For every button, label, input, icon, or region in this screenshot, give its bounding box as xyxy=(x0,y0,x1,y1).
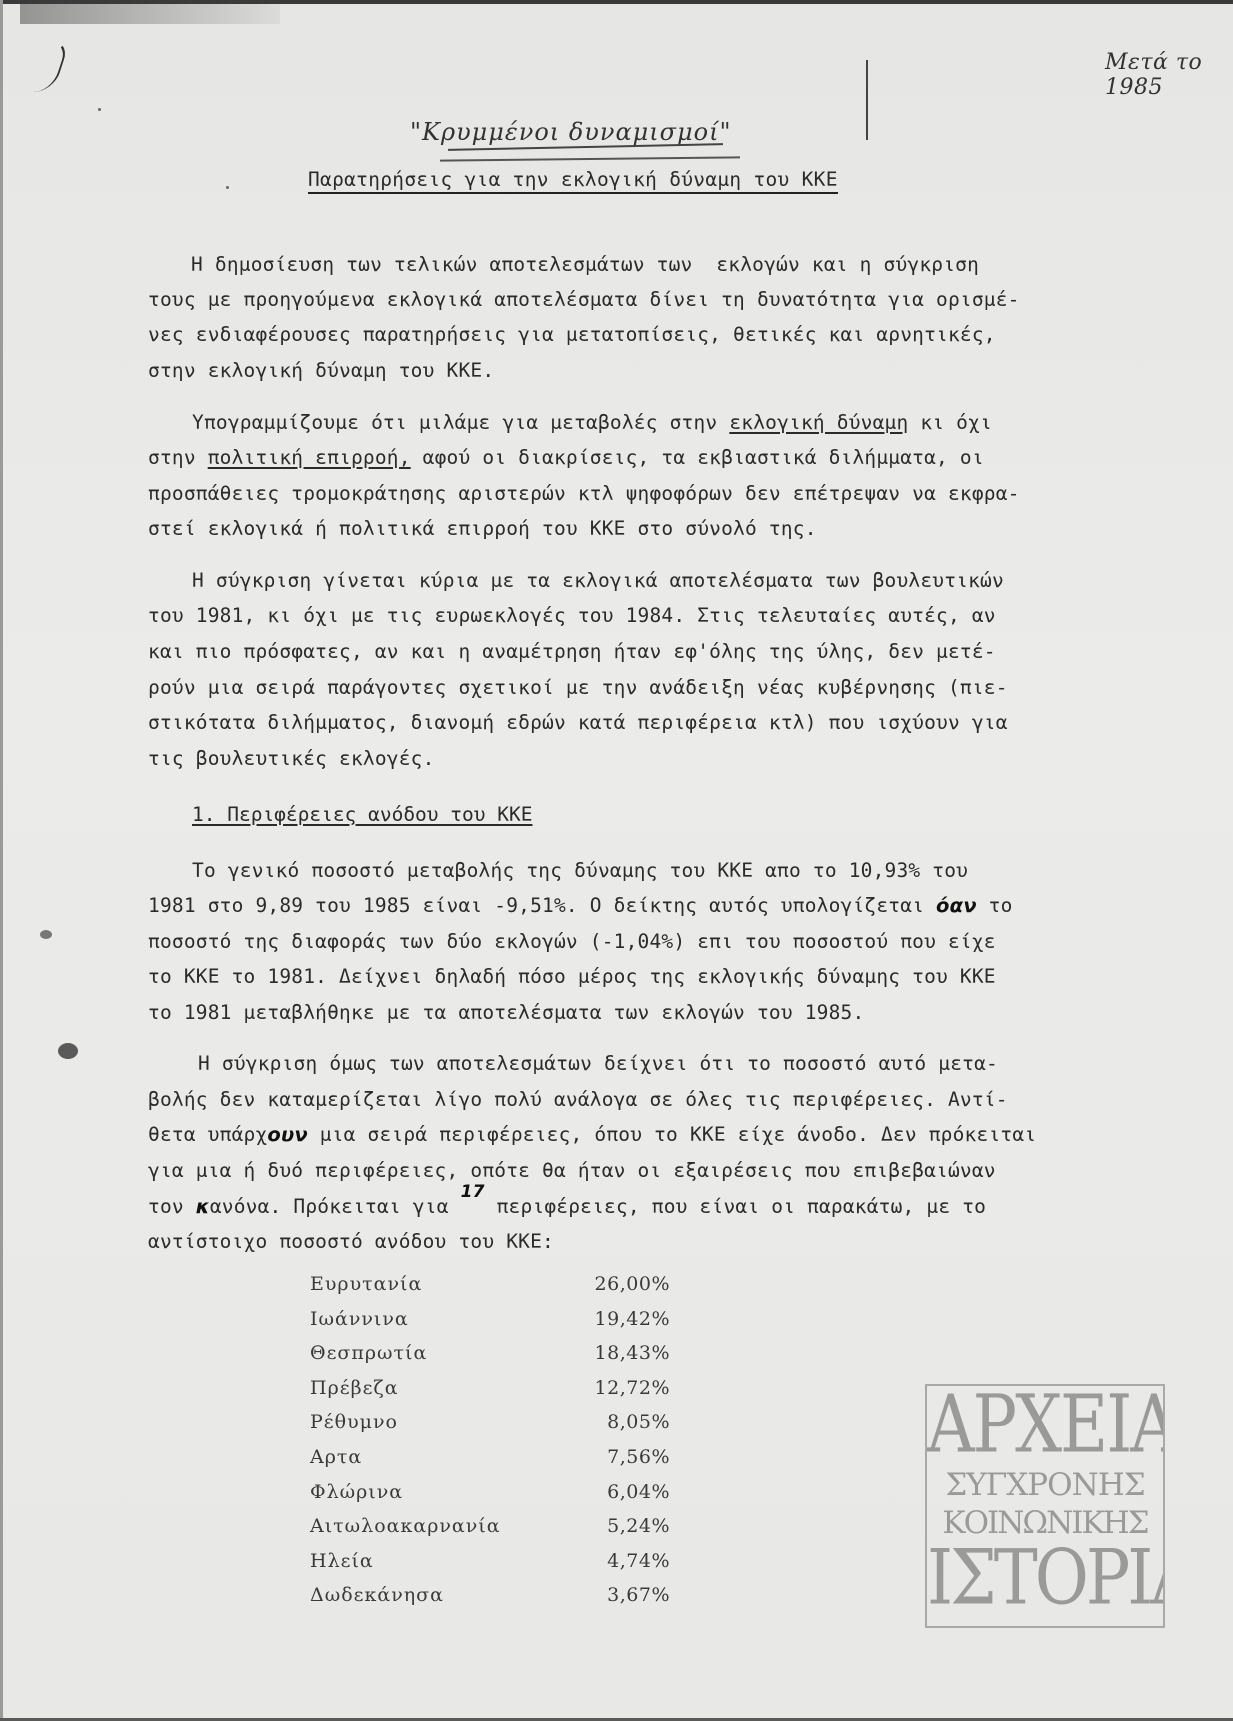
handwritten-correction: όαν xyxy=(936,894,977,917)
handwritten-correction: ουν xyxy=(267,1123,307,1146)
region-growth-value: 19,42% xyxy=(595,1308,670,1330)
table-row: Θεσπρωτία18,43% xyxy=(310,1342,670,1377)
archive-watermark-logo: ΑΡΧΕΙΑ ΣΥΓΧΡΟΝΗΣ ΚΟΙΝΩΝΙΚΗΣ ΙΣΤΟΡΙΑΣ xyxy=(925,1384,1165,1628)
region-name: Πρέβεζα xyxy=(310,1377,399,1399)
region-growth-value: 4,74% xyxy=(607,1550,670,1572)
region-growth-value: 26,00% xyxy=(595,1273,670,1295)
scan-smudge xyxy=(20,4,280,24)
region-name: Ευρυτανία xyxy=(310,1273,422,1295)
text-segment: τον xyxy=(148,1195,196,1218)
paragraph-intro-line: στην εκλογική δύναμη του ΚΚΕ. xyxy=(148,353,494,388)
underlined-phrase: πολιτική επιρροή, xyxy=(208,446,411,469)
paragraph-regions-line: για μια ή δυό περιφέρειες, οπότε θα ήταν… xyxy=(148,1153,996,1188)
handwritten-number: 17 xyxy=(461,1182,485,1202)
region-name: Θεσπρωτία xyxy=(310,1342,427,1364)
handwritten-title: "Κρυμμένοι δυναμισμοί" xyxy=(410,118,732,146)
margin-bracket-mark xyxy=(22,40,71,92)
scan-speck xyxy=(98,108,101,111)
paragraph-regions-line: θετα υπάρχουν μια σειρά περιφέρειες, όπο… xyxy=(148,1117,1036,1152)
table-row: Δωδεκάνησα3,67% xyxy=(310,1584,670,1619)
regions-growth-table: Ευρυτανία26,00% Ιωάννινα19,42% Θεσπρωτία… xyxy=(310,1273,670,1619)
text-line: Η δημοσίευση των τελικών αποτελεσμάτων τ… xyxy=(148,253,979,276)
text-segment: αφού οι διακρίσεις, τα εκβιαστικά διλήμμ… xyxy=(411,446,984,469)
paragraph-comparison-line: και πιο πρόσφατες, αν και η αναμέτρηση ή… xyxy=(148,634,996,669)
page-left-edge xyxy=(0,0,3,1721)
scan-speck xyxy=(226,186,229,189)
section-heading: 1. Περιφέρειες ανόδου του ΚΚΕ xyxy=(192,803,532,826)
table-row: Ευρυτανία26,00% xyxy=(310,1273,670,1308)
paragraph-emphasis-line: στεί εκλογικά ή πολιτικά επιρροή του ΚΚΕ… xyxy=(148,511,817,546)
handwritten-date-note: Μετά το 1985 xyxy=(1105,50,1233,100)
paragraph-comparison-line: ρούν μια σειρά παράγοντες σχετικοί με τη… xyxy=(148,670,1008,705)
table-row: Ρέθυμνο8,05% xyxy=(310,1411,670,1446)
paragraph-comparison-line: Η σύγκριση γίνεται κύρια με τα εκλογικά … xyxy=(192,563,1004,598)
paragraph-index-line: Το γενικό ποσοστό μεταβολής της δύναμης … xyxy=(192,853,968,888)
text-segment: θετα υπάρχ xyxy=(148,1123,267,1146)
region-name: Αιτωλοακαρνανία xyxy=(310,1515,501,1537)
paragraph-intro-line: νες ενδιαφέρουσες παρατηρήσεις για μετατ… xyxy=(148,317,996,352)
paragraph-index-line: το 1981 μεταβλήθηκε με τα αποτελέσματα τ… xyxy=(148,995,864,1030)
paragraph-intro-line: Η δημοσίευση των τελικών αποτελεσμάτων τ… xyxy=(148,247,979,282)
paragraph-regions-line: αντίστοιχο ποσοστό ανόδου του ΚΚΕ: xyxy=(148,1224,554,1259)
handwritten-correction: κ xyxy=(196,1195,210,1218)
table-row: Ηλεία4,74% xyxy=(310,1550,670,1585)
text-segment: στην xyxy=(148,446,208,469)
table-row: Αιτωλοακαρνανία5,24% xyxy=(310,1515,670,1550)
watermark-line: ΙΣΤΟΡΙΑΣ xyxy=(927,1537,1163,1620)
underlined-phrase: εκλογική δύναμη xyxy=(729,411,908,434)
region-name: Ηλεία xyxy=(310,1550,374,1572)
paragraph-index-line: 1981 στο 9,89 του 1985 είναι -9,51%. Ο δ… xyxy=(148,888,1013,923)
paragraph-comparison-line: τις βουλευτικές εκλογές. xyxy=(148,741,435,776)
region-growth-value: 3,67% xyxy=(607,1584,670,1606)
paragraph-comparison-line: στικότατα διλήμματος, διανομή εδρών κατά… xyxy=(148,705,1008,740)
text-segment: ανόνα. Πρόκειται για xyxy=(210,1195,461,1218)
table-row: Φλώρινα6,04% xyxy=(310,1481,670,1516)
paragraph-emphasis-line: προσπάθειες τρομοκράτησης αριστερών κτλ … xyxy=(148,476,1020,511)
region-growth-value: 8,05% xyxy=(607,1411,670,1433)
region-growth-value: 7,56% xyxy=(607,1446,670,1468)
text-segment: 1981 στο 9,89 του 1985 είναι -9,51%. Ο δ… xyxy=(148,894,936,917)
paragraph-regions-line: τον κανόνα. Πρόκειται για 17 περιφέρειες… xyxy=(148,1189,986,1226)
scan-mark xyxy=(40,930,52,939)
watermark-line: ΣΥΓΧΡΟΝΗΣ xyxy=(927,1466,1163,1504)
region-name: Αρτα xyxy=(310,1446,362,1468)
region-growth-value: 6,04% xyxy=(607,1481,670,1503)
text-segment: περιφέρειες, που είναι οι παρακάτω, με τ… xyxy=(485,1195,986,1218)
region-name: Φλώρινα xyxy=(310,1481,403,1503)
paragraph-intro-line: τους με προηγούμενα εκλογικά αποτελέσματ… xyxy=(148,282,1020,317)
region-name: Ιωάννινα xyxy=(310,1308,409,1330)
paragraph-emphasis-line: Υπογραμμίζουμε ότι μιλάμε για μεταβολές … xyxy=(192,405,992,440)
region-growth-value: 12,72% xyxy=(595,1377,670,1399)
text-segment: μια σειρά περιφέρειες, όπου το ΚΚΕ είχε … xyxy=(308,1123,1036,1146)
region-name: Δωδεκάνησα xyxy=(310,1584,444,1606)
document-title: Παρατηρήσεις για την εκλογική δύναμη του… xyxy=(308,168,838,194)
handwritten-vertical-line xyxy=(866,60,868,140)
watermark-line: ΑΡΧΕΙΑ xyxy=(927,1384,1163,1467)
table-row: Ιωάννινα19,42% xyxy=(310,1308,670,1343)
section-heading-text: 1. Περιφέρειες ανόδου του ΚΚΕ xyxy=(192,803,532,826)
paragraph-comparison-line: του 1981, κι όχι με τις ευρωεκλογές του … xyxy=(148,598,996,633)
region-growth-value: 18,43% xyxy=(595,1342,670,1364)
text-segment: Υπογραμμίζουμε ότι μιλάμε για μεταβολές … xyxy=(192,411,729,434)
punch-hole-mark xyxy=(58,1043,78,1059)
paragraph-regions-line: Η σύγκριση όμως των αποτελεσμάτων δείχνε… xyxy=(198,1046,998,1081)
document-page: Μετά το 1985 "Κρυμμένοι δυναμισμοί" Παρα… xyxy=(0,0,1233,1721)
region-growth-value: 5,24% xyxy=(607,1515,670,1537)
paragraph-regions-line: βολής δεν καταμερίζεται λίγο πολύ ανάλογ… xyxy=(148,1082,1008,1117)
table-row: Πρέβεζα12,72% xyxy=(310,1377,670,1412)
paragraph-index-line: ποσοστό της διαφοράς των δύο εκλογών (-1… xyxy=(148,924,996,959)
table-row: Αρτα7,56% xyxy=(310,1446,670,1481)
region-name: Ρέθυμνο xyxy=(310,1411,398,1433)
handwritten-underline xyxy=(440,156,740,161)
paragraph-index-line: το ΚΚΕ το 1981. Δείχνει δηλαδή πόσο μέρο… xyxy=(148,959,996,994)
text-segment: το xyxy=(977,894,1013,917)
paragraph-emphasis-line: στην πολιτική επιρροή, αφού οι διακρίσει… xyxy=(148,440,984,475)
text-segment: κι όχι xyxy=(908,411,992,434)
